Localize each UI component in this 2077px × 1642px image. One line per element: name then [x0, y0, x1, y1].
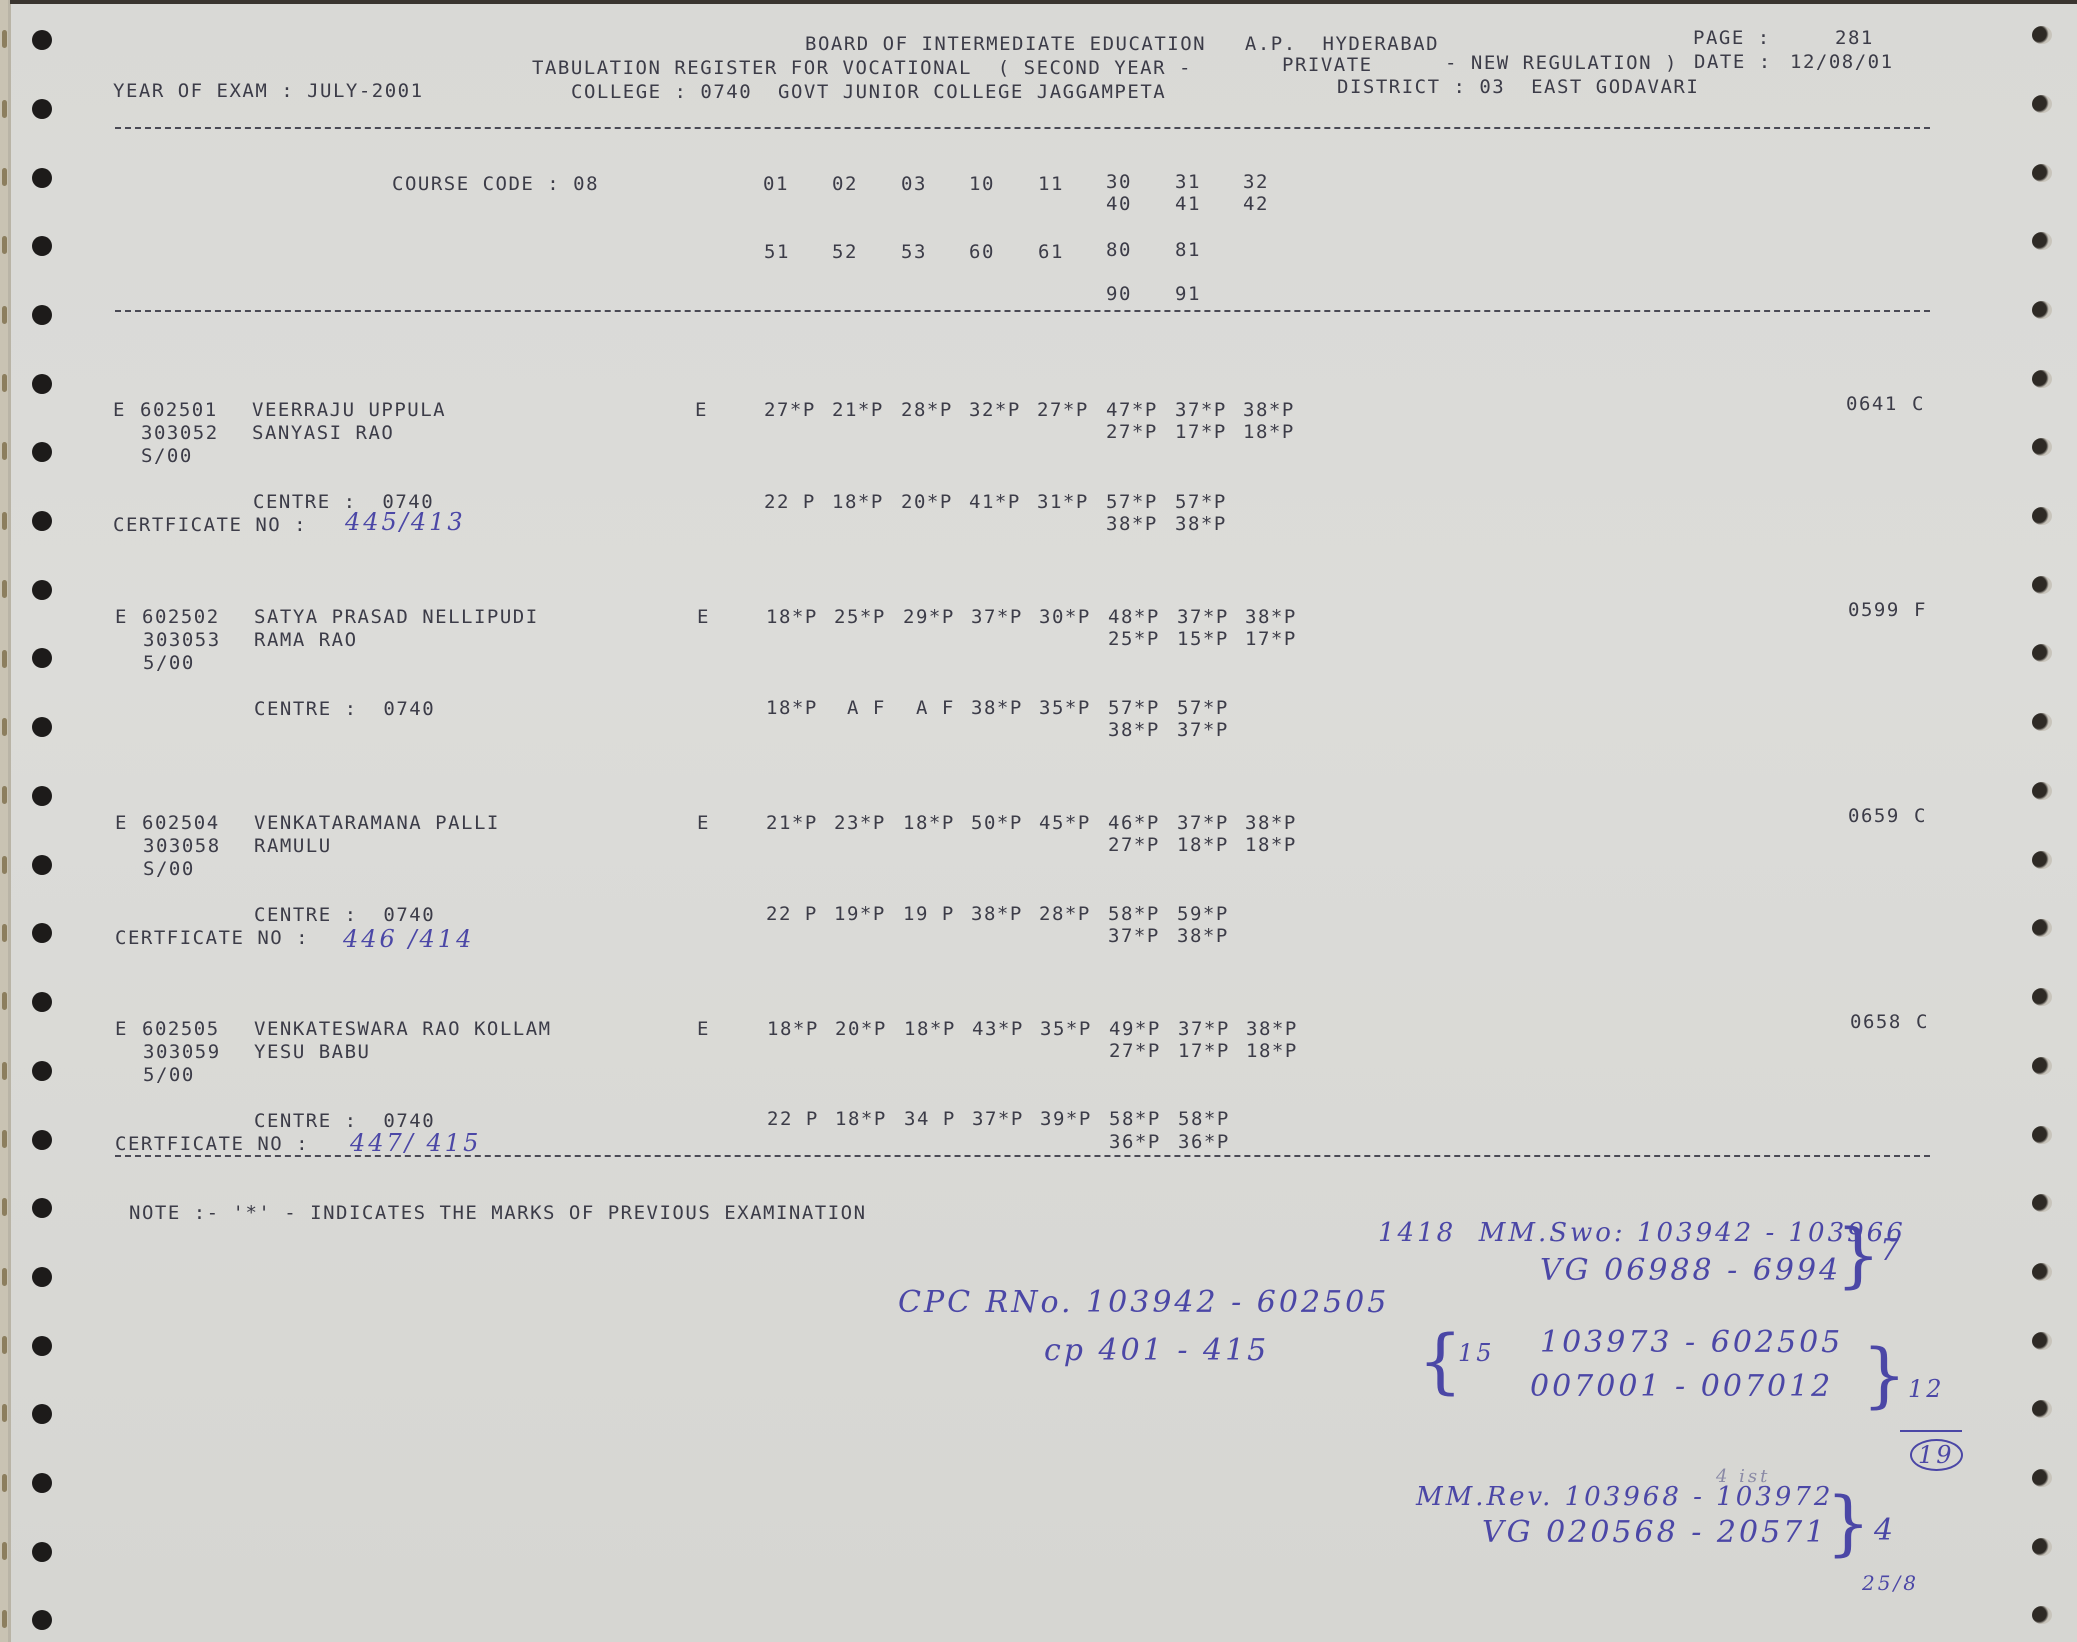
mark: 38*P — [971, 697, 1023, 719]
mark: 41*P — [969, 491, 1021, 513]
handwritten-cpc-line: CPC RNo. 103942 - 602505 — [898, 1286, 1389, 1320]
mark: 28*P — [1039, 903, 1091, 925]
subject-code: 52 — [832, 241, 858, 263]
mark: 59*P — [1177, 903, 1229, 925]
year-of-exam: YEAR OF EXAM : JULY-2001 — [113, 80, 424, 102]
register-title: TABULATION REGISTER FOR VOCATIONAL ( SEC… — [532, 57, 1192, 79]
mark: 32*P — [969, 399, 1021, 421]
mark: 34 P — [904, 1108, 956, 1130]
hall-ticket-number: 602501 — [140, 399, 218, 421]
mark: 18*P — [1243, 421, 1295, 443]
subject-code: 32 — [1243, 171, 1269, 193]
mark: 20*P — [901, 491, 953, 513]
mark: 57*P — [1108, 697, 1160, 719]
mark: 57*P — [1177, 697, 1229, 719]
mark: 38*P — [1106, 513, 1158, 535]
mark: 21*P — [832, 399, 884, 421]
mark: 58*P — [1108, 903, 1160, 925]
mark: 37*P — [1178, 1018, 1230, 1040]
record-prefix: E — [115, 1018, 128, 1040]
certificate-label: CERTFICATE NO : — [115, 927, 309, 949]
mark: 37*P — [971, 606, 1023, 628]
handwritten-tally: 7 — [1880, 1234, 1902, 1268]
subject-code: 40 — [1106, 193, 1132, 215]
status-code: S/00 — [141, 445, 193, 467]
mark: 25*P — [834, 606, 886, 628]
registration-number: 303058 — [143, 835, 221, 857]
mark: 38*P — [1175, 513, 1227, 535]
subject-code: 31 — [1175, 171, 1201, 193]
mark: 38*P — [1243, 399, 1295, 421]
mark: 35*P — [1039, 697, 1091, 719]
subject-code: 11 — [1038, 173, 1064, 195]
mark: 18*P — [832, 491, 884, 513]
mark: 37*P — [1177, 606, 1229, 628]
hall-ticket-number: 602502 — [142, 606, 220, 628]
subject-code: 42 — [1243, 193, 1269, 215]
course-divider — [115, 310, 1930, 312]
subject-code: 90 — [1106, 283, 1132, 305]
mark: 27*P — [1108, 834, 1160, 856]
subject-code: 81 — [1175, 239, 1201, 261]
mark: 18*P — [1246, 1040, 1298, 1062]
mark: 23*P — [834, 812, 886, 834]
mark: 38*P — [1108, 719, 1160, 741]
course-code-label: COURSE CODE : 08 — [392, 173, 599, 195]
total-marks: 0658 — [1850, 1011, 1902, 1033]
medium: E — [697, 1018, 710, 1040]
status-code: 5/00 — [143, 652, 195, 674]
result-grade: C — [1912, 393, 1925, 415]
mark: 49*P — [1109, 1018, 1161, 1040]
subject-code: 61 — [1038, 241, 1064, 263]
registration-number: 303059 — [143, 1041, 221, 1063]
result-grade: F — [1914, 599, 1927, 621]
mark: 58*P — [1109, 1108, 1161, 1130]
mark: 38*P — [1245, 606, 1297, 628]
handwritten-range-line: 103973 - 602505 — [1540, 1326, 1843, 1360]
subject-code: 10 — [969, 173, 995, 195]
mark: 37*P — [1177, 812, 1229, 834]
handwritten-faint-note: 4 ist — [1716, 1460, 1770, 1494]
handwritten-certificate-number: 445/413 — [345, 505, 466, 539]
mark: 46*P — [1108, 812, 1160, 834]
handwritten-vg-line: VG 06988 - 6994 — [1540, 1254, 1841, 1288]
record-prefix: E — [115, 812, 128, 834]
mark: 18*P — [903, 812, 955, 834]
mark: 31*P — [1037, 491, 1089, 513]
record-prefix: E — [115, 606, 128, 628]
student-name: VENKATARAMANA PALLI — [254, 812, 500, 834]
mark: A F — [903, 697, 955, 719]
brace-mark: } — [1418, 1326, 1463, 1396]
subject-code: 01 — [763, 173, 789, 195]
student-name: VEERRAJU UPPULA — [252, 399, 446, 421]
student-name: SATYA PRASAD NELLIPUDI — [254, 606, 539, 628]
mark: 28*P — [901, 399, 953, 421]
medium: E — [697, 606, 710, 628]
total-marks: 0599 — [1848, 599, 1900, 621]
mark: 17*P — [1245, 628, 1297, 650]
mark: 37*P — [1177, 719, 1229, 741]
mark: 47*P — [1106, 399, 1158, 421]
mark: 27*P — [1037, 399, 1089, 421]
mark: 57*P — [1106, 491, 1158, 513]
total-marks: 0641 — [1846, 393, 1898, 415]
subject-code: 60 — [969, 241, 995, 263]
medium: E — [697, 812, 710, 834]
mark: 18*P — [1245, 834, 1297, 856]
mark: 18*P — [767, 1018, 819, 1040]
mark: 38*P — [1245, 812, 1297, 834]
mark: A F — [834, 697, 886, 719]
father-name: RAMA RAO — [254, 629, 358, 651]
certificate-label: CERTFICATE NO : — [113, 514, 307, 536]
mark: 27*P — [764, 399, 816, 421]
subject-code: 03 — [901, 173, 927, 195]
mark: 25*P — [1108, 628, 1160, 650]
mark: 19 P — [903, 903, 955, 925]
page-label: PAGE : — [1693, 27, 1771, 49]
hall-ticket-number: 602505 — [142, 1018, 220, 1040]
handwritten-date: 25/8 — [1862, 1566, 1919, 1600]
board-title: BOARD OF INTERMEDIATE EDUCATION A.P. HYD… — [805, 33, 1439, 55]
mark: 38*P — [971, 903, 1023, 925]
mark: 37*P — [1175, 399, 1227, 421]
hall-ticket-number: 602504 — [142, 812, 220, 834]
mark: 43*P — [972, 1018, 1024, 1040]
handwritten-count: 15 — [1458, 1336, 1495, 1370]
mark: 37*P — [972, 1108, 1024, 1130]
subject-code: 53 — [901, 241, 927, 263]
father-name: YESU BABU — [254, 1041, 370, 1063]
father-name: RAMULU — [254, 835, 332, 857]
handwritten-range-line: 007001 - 007012 — [1530, 1370, 1833, 1404]
mark: 22 P — [764, 491, 816, 513]
mark: 38*P — [1246, 1018, 1298, 1040]
handwritten-tally: 12 — [1908, 1372, 1945, 1406]
certificate-label: CERTFICATE NO : — [115, 1133, 309, 1155]
exam-centre: CENTRE : 0740 — [254, 698, 435, 720]
subject-code: 80 — [1106, 239, 1132, 261]
subject-code: 91 — [1175, 283, 1201, 305]
mark: 18*P — [766, 606, 818, 628]
father-name: SANYASI RAO — [252, 422, 394, 444]
mark: 45*P — [1039, 812, 1091, 834]
mark: 18*P — [766, 697, 818, 719]
result-grade: C — [1916, 1011, 1929, 1033]
mark: 21*P — [766, 812, 818, 834]
brace-mark: } — [1836, 1220, 1881, 1290]
subject-code: 51 — [764, 241, 790, 263]
mark: 18*P — [904, 1018, 956, 1040]
mark: 15*P — [1177, 628, 1229, 650]
mark: 37*P — [1108, 925, 1160, 947]
paper-top-edge — [10, 0, 2077, 4]
header-divider — [115, 127, 1930, 129]
status-code: S/00 — [143, 858, 195, 880]
mark: 20*P — [835, 1018, 887, 1040]
handwritten-mm-line: 1418 MM.Swo: 103942 - 103966 — [1378, 1216, 1906, 1250]
mark: 17*P — [1175, 421, 1227, 443]
handwritten-rev-line: MM.Rev. 103968 - 103972 — [1416, 1480, 1833, 1514]
handwritten-cp-range: cp 401 - 415 — [1044, 1334, 1269, 1368]
district-info: DISTRICT : 03 EAST GODAVARI — [1337, 76, 1699, 98]
college-info: COLLEGE : 0740 GOVT JUNIOR COLLEGE JAGGA… — [571, 81, 1166, 103]
mark: 48*P — [1108, 606, 1160, 628]
mark: 22 P — [767, 1108, 819, 1130]
mark: 17*P — [1178, 1040, 1230, 1062]
brace-mark: } — [1862, 1340, 1907, 1410]
brace-mark: } — [1826, 1488, 1871, 1558]
handwritten-tally: 4 — [1874, 1514, 1896, 1548]
mark: 19*P — [834, 903, 886, 925]
exam-category: PRIVATE — [1282, 54, 1373, 76]
registration-number: 303052 — [141, 422, 219, 444]
mark: 39*P — [1040, 1108, 1092, 1130]
handwritten-vg-line: VG 020568 - 20571 — [1482, 1516, 1827, 1550]
underline-mark — [1900, 1430, 1962, 1432]
mark: 22 P — [766, 903, 818, 925]
mark: 50*P — [971, 812, 1023, 834]
handwritten-certificate-number: 446 /414 — [343, 922, 474, 956]
mark: 38*P — [1177, 925, 1229, 947]
result-grade: C — [1914, 805, 1927, 827]
mark: 29*P — [903, 606, 955, 628]
record-prefix: E — [113, 399, 126, 421]
subject-code: 30 — [1106, 171, 1132, 193]
subject-code: 41 — [1175, 193, 1201, 215]
mark: 30*P — [1039, 606, 1091, 628]
mark: 18*P — [835, 1108, 887, 1130]
date-value: 12/08/01 — [1790, 51, 1894, 73]
footer-divider — [115, 1155, 1930, 1157]
page-number: 281 — [1835, 27, 1874, 49]
subject-code: 02 — [832, 173, 858, 195]
mark: 27*P — [1106, 421, 1158, 443]
mark: 58*P — [1178, 1108, 1230, 1130]
student-name: VENKATESWARA RAO KOLLAM — [254, 1018, 552, 1040]
status-code: 5/00 — [143, 1064, 195, 1086]
mark: 57*P — [1175, 491, 1227, 513]
total-marks: 0659 — [1848, 805, 1900, 827]
mark: 36*P — [1178, 1131, 1230, 1153]
mark: 36*P — [1109, 1131, 1161, 1153]
medium: E — [695, 399, 708, 421]
registration-number: 303053 — [143, 629, 221, 651]
mark: 27*P — [1109, 1040, 1161, 1062]
regulation: - NEW REGULATION ) — [1445, 52, 1678, 74]
circled-total: 19 — [1910, 1438, 1963, 1472]
date-label: DATE : — [1694, 51, 1772, 73]
mark: 35*P — [1040, 1018, 1092, 1040]
mark: 18*P — [1177, 834, 1229, 856]
footnote: NOTE :- '*' - INDICATES THE MARKS OF PRE… — [129, 1202, 867, 1224]
